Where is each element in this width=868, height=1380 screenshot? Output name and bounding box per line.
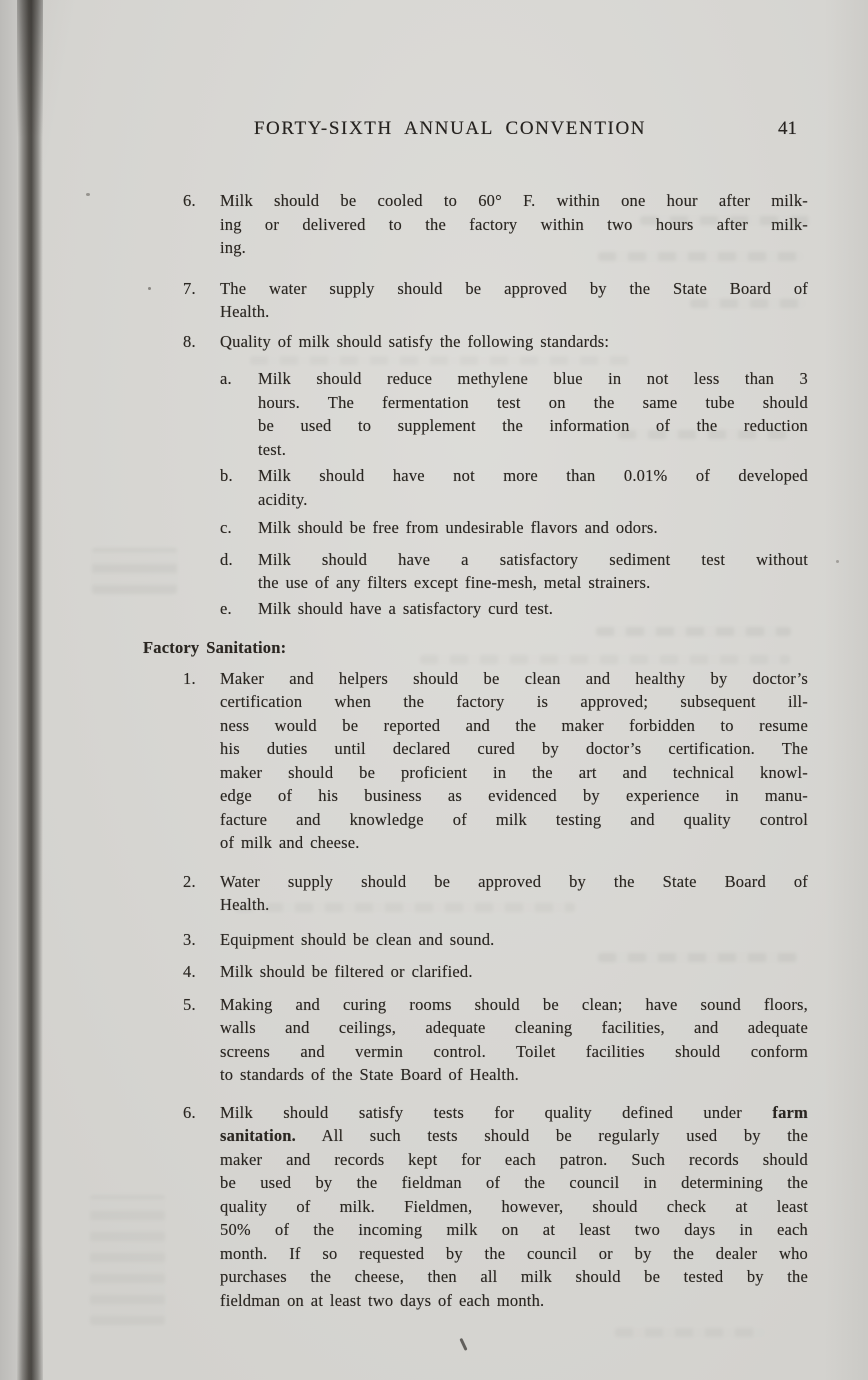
list-item: 1.Maker and helpers should be clean and …: [220, 667, 808, 855]
text-line: maker and records kept for each patron. …: [220, 1148, 808, 1172]
text-line: fieldman on at least two days of each mo…: [220, 1289, 808, 1313]
text-line: maker should be proficient in the art an…: [220, 761, 808, 785]
text-line: the use of any filters except fine-mesh,…: [258, 571, 808, 595]
ink-speck: [836, 560, 839, 563]
list-item: 6.Milk should satisfy tests for quality …: [220, 1101, 808, 1313]
list-item: e.Milk should have a satisfactory curd t…: [258, 597, 808, 621]
ink-speck: [86, 193, 90, 196]
stray-mark: [459, 1338, 467, 1351]
text-line: 50% of the incoming milk on at least two…: [220, 1218, 808, 1242]
text-line: acidity.: [258, 488, 808, 512]
text-line: be used by the fieldman of the council i…: [220, 1171, 808, 1195]
text-line: Milk should reduce methylene blue in not…: [258, 367, 808, 391]
text-line: walls and ceilings, adequate cleaning fa…: [220, 1016, 808, 1040]
list-item-marker: 5.: [183, 993, 196, 1017]
text-line: Water supply should be approved by the S…: [220, 870, 808, 894]
list-item: 5.Making and curing rooms should be clea…: [220, 993, 808, 1087]
text-line: screens and vermin control. Toilet facil…: [220, 1040, 808, 1064]
list-item-marker: 7.: [183, 277, 196, 301]
text-line: facture and knowledge of milk testing an…: [220, 808, 808, 832]
list-item: 8.Quality of milk should satisfy the fol…: [220, 330, 808, 354]
list-item-marker: 6.: [183, 189, 196, 213]
text-line: Quality of milk should satisfy the follo…: [220, 330, 808, 354]
page-body-text: 6.Milk should be cooled to 60° F. within…: [143, 189, 808, 1312]
list-item-marker: b.: [220, 464, 233, 488]
list-item-marker: 3.: [183, 928, 196, 952]
text-line: test.: [258, 438, 808, 462]
text-line: Equipment should be clean and sound.: [220, 928, 808, 952]
list-item: 6.Milk should be cooled to 60° F. within…: [220, 189, 808, 260]
binding-shadow-strip: [17, 0, 43, 1380]
text-line: certification when the factory is approv…: [220, 690, 808, 714]
list-item: 2.Water supply should be approved by the…: [220, 870, 808, 917]
text-segment: farm: [772, 1103, 808, 1122]
text-line: be used to supplement the information of…: [258, 414, 808, 438]
text-line: ing or delivered to the factory within t…: [220, 213, 808, 237]
text-line: Milk should have a satisfactory curd tes…: [258, 597, 808, 621]
running-header: FORTY-SIXTH ANNUAL CONVENTION 41: [0, 118, 868, 148]
page-header-title: FORTY-SIXTH ANNUAL CONVENTION: [100, 118, 800, 140]
text-line: edge of his business as evidenced by exp…: [220, 784, 808, 808]
text-line: Milk should have a satisfactory sediment…: [258, 548, 808, 572]
list-item-marker: 1.: [183, 667, 196, 691]
text-line: month. If so requested by the council or…: [220, 1242, 808, 1266]
book-gutter: [0, 0, 17, 1380]
list-item: c.Milk should be free from undesirable f…: [258, 516, 808, 540]
list-item: 4.Milk should be filtered or clarified.: [220, 960, 808, 984]
section-heading: Factory Sanitation:: [143, 636, 808, 660]
list-item: d.Milk should have a satisfactory sedime…: [258, 548, 808, 595]
text-line: Health.: [220, 300, 808, 324]
text-line: Health.: [220, 893, 808, 917]
text-line: The water supply should be approved by t…: [220, 277, 808, 301]
text-line: Milk should satisfy tests for quality de…: [220, 1101, 808, 1125]
text-line: Making and curing rooms should be clean;…: [220, 993, 808, 1017]
text-line: Milk should be cooled to 60° F. within o…: [220, 189, 808, 213]
text-line: Factory Sanitation:: [143, 636, 808, 660]
list-item-marker: d.: [220, 548, 233, 572]
text-line: Milk should be filtered or clarified.: [220, 960, 808, 984]
text-line: ness would be reported and the maker for…: [220, 714, 808, 738]
list-item-marker: 4.: [183, 960, 196, 984]
text-line: Maker and helpers should be clean and he…: [220, 667, 808, 691]
list-item: 3.Equipment should be clean and sound.: [220, 928, 808, 952]
text-line: hours. The fermentation test on the same…: [258, 391, 808, 415]
page-number: 41: [712, 118, 797, 140]
ink-speck: [148, 287, 151, 290]
list-item: b.Milk should have not more than 0.01% o…: [258, 464, 808, 511]
list-item-marker: 2.: [183, 870, 196, 894]
text-line: his duties until declared cured by docto…: [220, 737, 808, 761]
text-line: quality of milk. Fieldmen, however, shou…: [220, 1195, 808, 1219]
text-segment: Milk should satisfy tests for quality de…: [220, 1103, 772, 1122]
text-line: to standards of the State Board of Healt…: [220, 1063, 808, 1087]
list-item-marker: e.: [220, 597, 232, 621]
list-item-marker: a.: [220, 367, 232, 391]
list-item: a.Milk should reduce methylene blue in n…: [258, 367, 808, 461]
text-line: sanitation. All such tests should be reg…: [220, 1124, 808, 1148]
list-item-marker: 8.: [183, 330, 196, 354]
text-segment: All such tests should be regularly used …: [296, 1126, 808, 1145]
text-line: Milk should be free from undesirable fla…: [258, 516, 808, 540]
bleed-through-artifact: [615, 1328, 765, 1337]
list-item: 7.The water supply should be approved by…: [220, 277, 808, 324]
text-segment: sanitation.: [220, 1126, 296, 1145]
scanned-book-page: { "colors": { "paper": "#d9d8d4", "ink":…: [0, 0, 868, 1380]
text-line: Milk should have not more than 0.01% of …: [258, 464, 808, 488]
list-item-marker: c.: [220, 516, 232, 540]
text-line: purchases the cheese, then all milk shou…: [220, 1265, 808, 1289]
text-line: of milk and cheese.: [220, 831, 808, 855]
text-line: ing.: [220, 236, 808, 260]
list-item-marker: 6.: [183, 1101, 196, 1125]
